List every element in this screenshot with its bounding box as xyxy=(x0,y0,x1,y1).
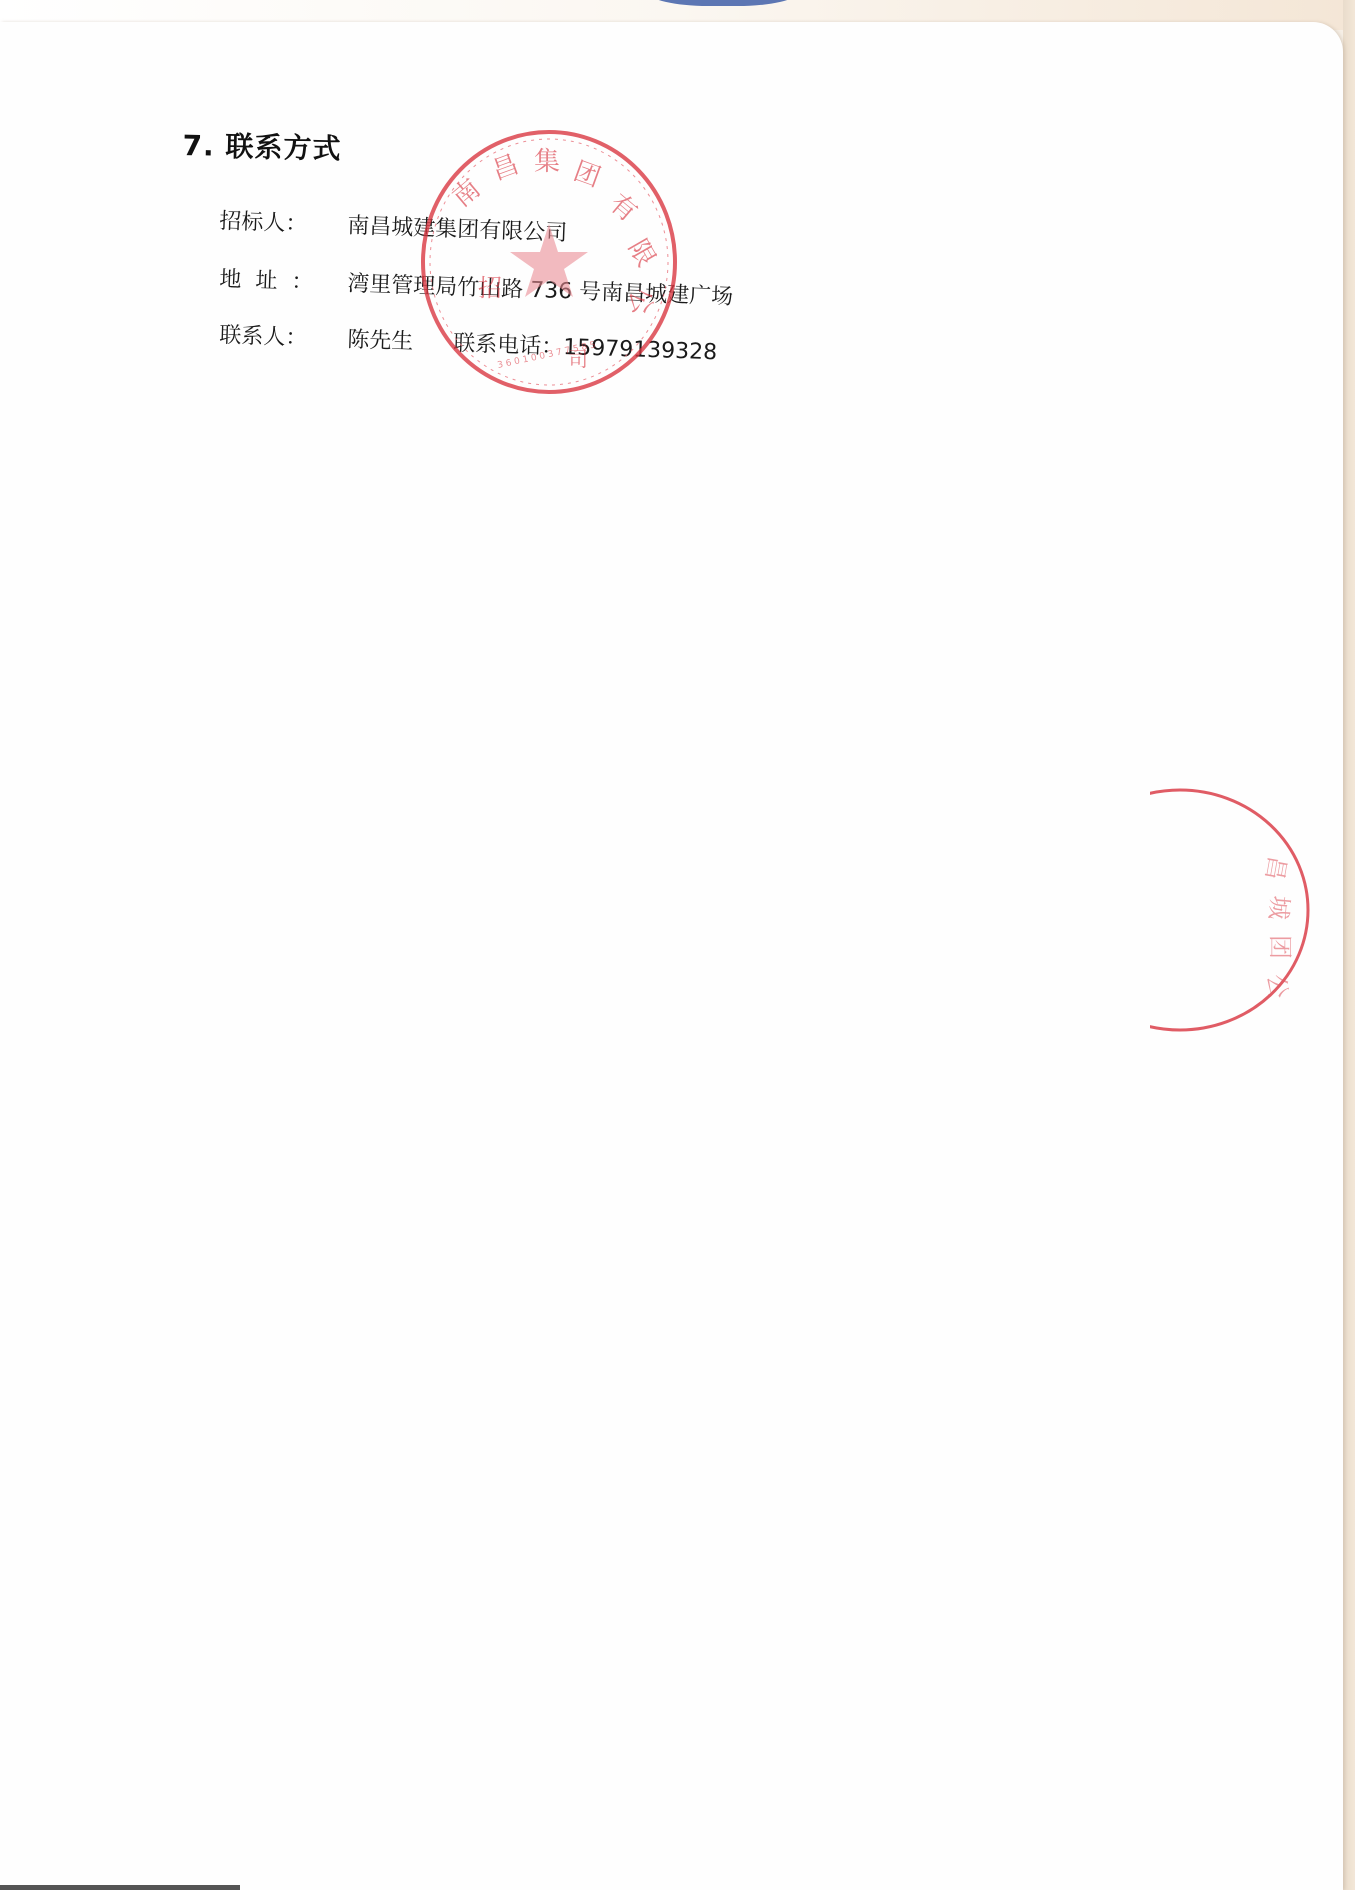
phone-label: 联系电话： xyxy=(453,326,564,361)
contact-person-value: 陈先生 xyxy=(347,322,414,355)
bottom-edge-shadow xyxy=(0,1885,240,1890)
section-heading: 7. 联系方式 xyxy=(182,124,342,167)
tenderer-label: 招标人： xyxy=(219,204,348,239)
address-label: 地址： xyxy=(219,262,348,297)
phone-value: 15979139328 xyxy=(563,335,718,365)
background-right-strip xyxy=(1343,0,1355,1890)
contact-person-label: 联系人： xyxy=(219,318,348,353)
